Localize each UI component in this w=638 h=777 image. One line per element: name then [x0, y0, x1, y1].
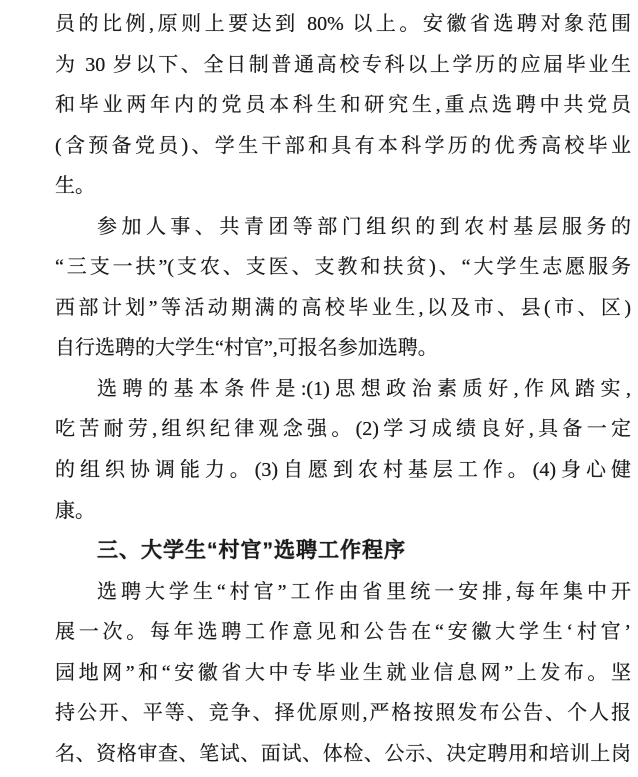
text-line-8: 西部计划”等活动期满的高校毕业生,以及市、县(市、区) — [55, 288, 631, 329]
text-line-11: 吃苦耐劳,组织纪律观念强。(2)学习成绩良好,具备一定 — [55, 409, 631, 450]
text-line-18: 持公开、平等、竞争、择优原则,严格按照发布公告、个人报 — [55, 693, 631, 734]
text-line-1: 员的比例,原则上要达到 80% 以上。安徽省选聘对象范围 — [55, 4, 631, 45]
text-line-6: 参加人事、共青团等部门组织的到农村基层服务的 — [55, 207, 631, 248]
text-line-10: 选聘的基本条件是:(1)思想政治素质好,作风踏实, — [55, 369, 631, 410]
text-line-7: “三支一扶”(支农、支医、支教和扶贫)、“大学生志愿服务 — [55, 247, 631, 288]
document-page: 员的比例,原则上要达到 80% 以上。安徽省选聘对象范围 为 30 岁以下、全日… — [55, 4, 631, 774]
text-line-4: (含预备党员)、学生干部和具有本科学历的优秀高校毕业 — [55, 126, 631, 167]
section-heading: 三、大学生“村官”选聘工作程序 — [55, 531, 631, 572]
text-line-17: 园地网”和“安徽省大中专毕业生就业信息网”上发布。坚 — [55, 653, 631, 694]
text-line-13: 康。 — [55, 491, 631, 532]
text-line-19: 名、资格审查、笔试、面试、体检、公示、决定聘用和培训上岗 — [55, 734, 631, 775]
text-line-15: 选聘大学生“村官”工作由省里统一安排,每年集中开 — [55, 572, 631, 613]
text-line-12: 的组织协调能力。(3)自愿到农村基层工作。(4)身心健 — [55, 450, 631, 491]
text-line-3: 和毕业两年内的党员本科生和研究生,重点选聘中共党员 — [55, 85, 631, 126]
text-line-9: 自行选聘的大学生“村官”,可报名参加选聘。 — [55, 328, 631, 369]
text-line-2: 为 30 岁以下、全日制普通高校专科以上学历的应届毕业生 — [55, 45, 631, 86]
text-line-5: 生。 — [55, 166, 631, 207]
text-line-16: 展一次。每年选聘工作意见和公告在“安徽大学生‘村官’ — [55, 612, 631, 653]
